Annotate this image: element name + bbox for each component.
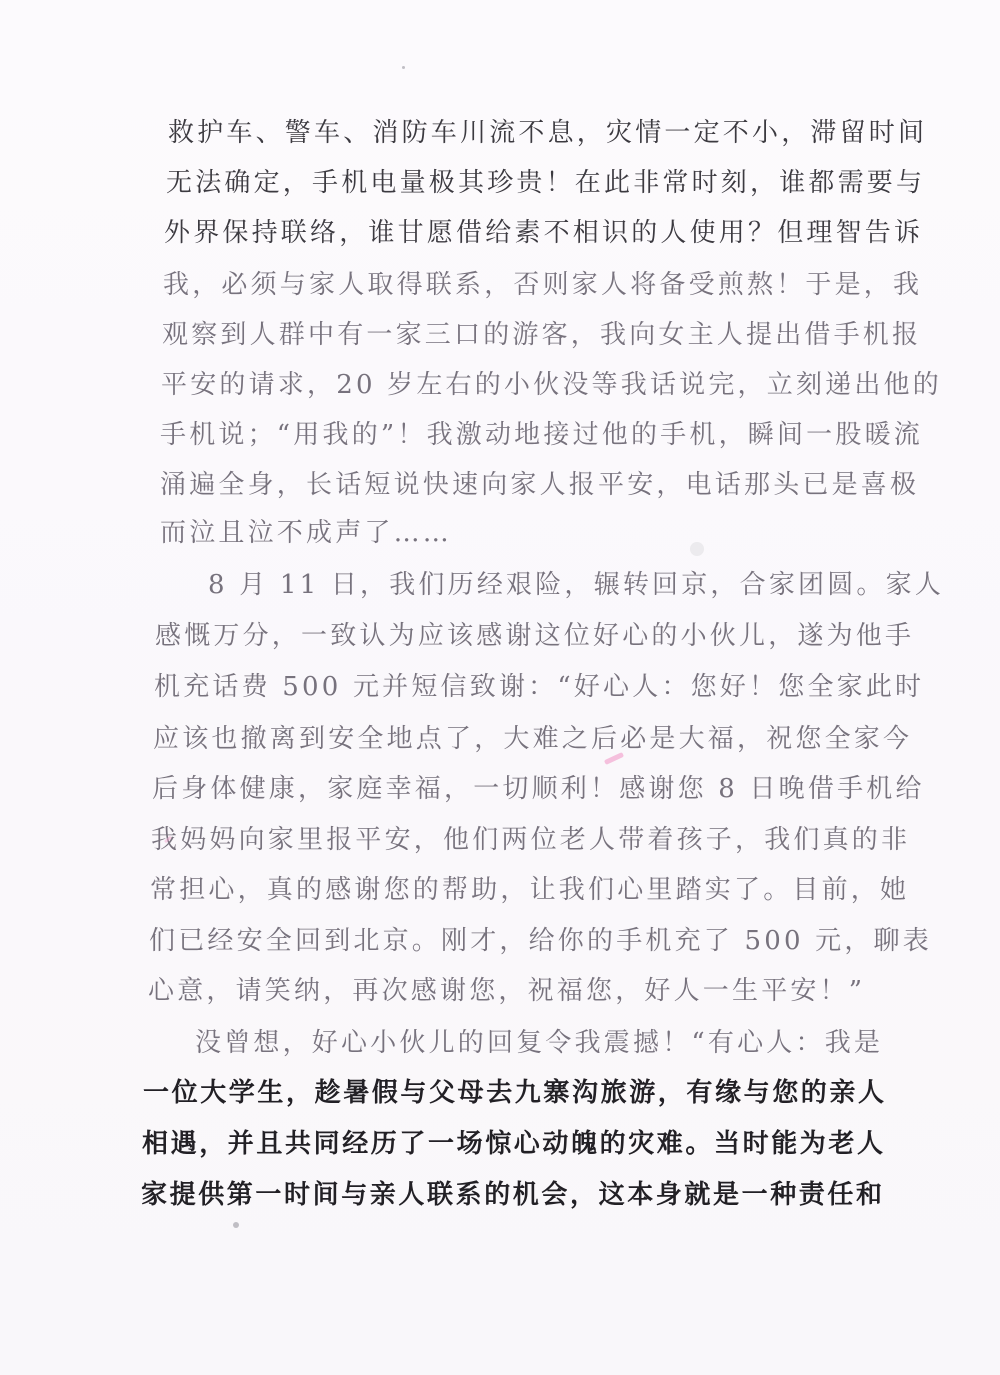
text-line-20: 一位大学生，趁暑假与父母去九寨沟旅游，有缘与您的亲人: [143, 1076, 887, 1110]
text-line-13: 应该也撤离到安全地点了，大难之后必是大福，祝您全家今: [153, 722, 912, 756]
text-line-18: 心意，请笑纳，再次感谢您，祝福您，好人一生平安！”: [148, 974, 865, 1008]
text-line-9: 而泣且泣不成声了……: [160, 516, 452, 550]
text-line-19-paragraph-start: 没曾想，好心小伙儿的回复令我震撼！“有心人：我是: [195, 1026, 883, 1060]
text-line-16: 常担心，真的感谢您的帮助，让我们心里踏实了。目前，她: [150, 873, 909, 907]
scanned-document-page: 救护车、警车、消防车川流不息，灾情一定不小，滞留时间 无法确定，手机电量极其珍贵…: [0, 0, 1000, 1375]
text-line-2: 无法确定，手机电量极其珍贵！在此非常时刻，谁都需要与: [166, 166, 925, 200]
text-line-10-paragraph-start: 8 月 11 日，我们历经艰险，辗转回京，合家团圆。家人: [208, 568, 944, 602]
text-line-12: 机充话费 500 元并短信致谢：“好心人：您好！您全家此时: [154, 670, 924, 704]
text-line-21: 相遇，并且共同经历了一场惊心动魄的灾难。当时能为老人: [142, 1127, 886, 1161]
text-line-22: 家提供第一时间与亲人联系的机会，这本身就是一种责任和: [141, 1178, 885, 1212]
text-line-17: 们已经安全回到北京。刚才，给你的手机充了 500 元，聊表: [149, 924, 932, 958]
scan-speck: [402, 66, 405, 69]
scan-speck: [233, 1222, 239, 1228]
text-line-6: 平安的请求，20 岁左右的小伙没等我话说完，立刻递出他的: [161, 368, 942, 402]
text-line-3: 外界保持联络，谁甘愿借给素不相识的人使用？但理智告诉: [164, 216, 923, 250]
text-line-14: 后身体健康，家庭幸福，一切顺利！感谢您 8 日晚借手机给: [152, 772, 925, 806]
text-line-15: 我妈妈向家里报平安，他们两位老人带着孩子，我们真的非: [151, 823, 910, 857]
text-line-7: 手机说；“用我的”！我激动地接过他的手机，瞬间一股暖流: [160, 418, 923, 452]
text-line-1: 救护车、警车、消防车川流不息，灾情一定不小，滞留时间: [168, 116, 927, 150]
scan-speck: [690, 542, 704, 556]
text-line-11: 感慨万分，一致认为应该感谢这位好心的小伙儿，遂为他手: [155, 619, 914, 653]
text-line-8: 涌遍全身，长话短说快速向家人报平安，电话那头已是喜极: [160, 468, 919, 502]
text-line-4: 我，必须与家人取得联系，否则家人将备受煎熬！于是，我: [163, 268, 922, 302]
text-line-5: 观察到人群中有一家三口的游客，我向女主人提出借手机报: [162, 318, 921, 352]
